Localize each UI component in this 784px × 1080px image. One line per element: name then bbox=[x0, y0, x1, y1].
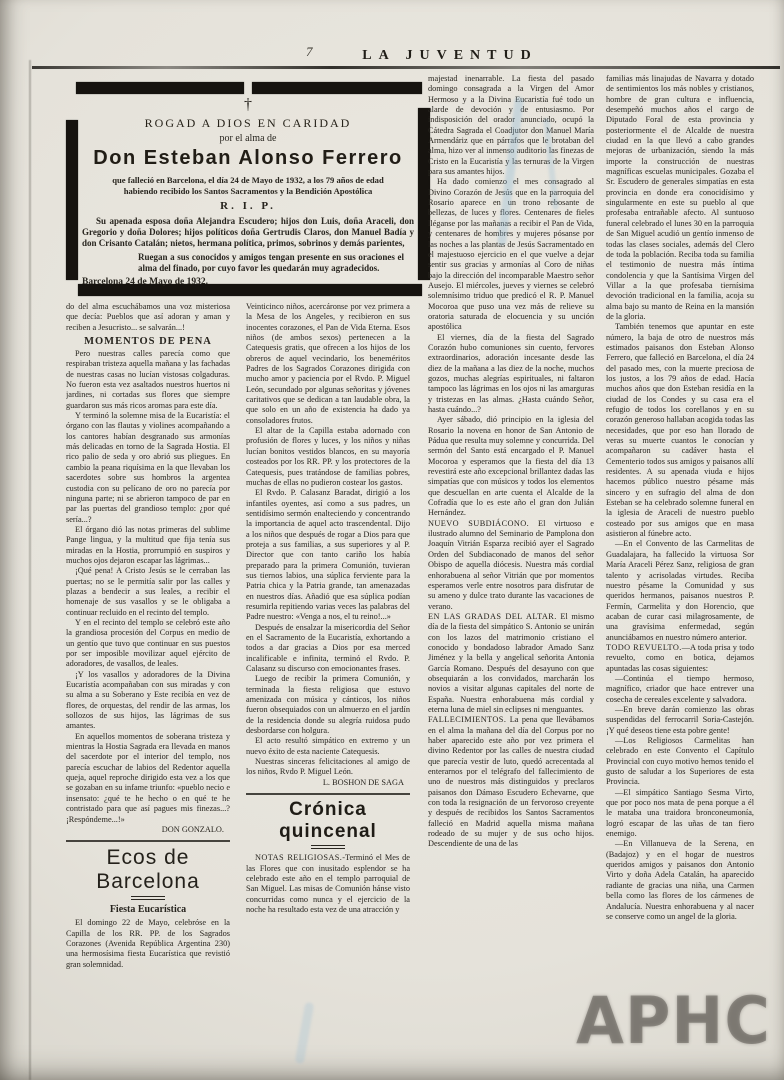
masthead-title: LA JUVENTUD bbox=[0, 48, 784, 64]
section-divider bbox=[246, 793, 410, 795]
paragraph: NOTAS RELIGIOSAS.-Terminó el Mes de las … bbox=[246, 853, 410, 915]
obituary-dateline: Barcelona 24 de Mayo de 1932. bbox=[82, 277, 414, 287]
runin-heading-notas: NOTAS RELIGIOSAS. bbox=[255, 853, 342, 862]
news-item: —El simpático Santiago Sesma Virto, que … bbox=[606, 788, 754, 840]
news-item: —Continúa el tiempo hermoso, magnífico, … bbox=[606, 674, 754, 705]
runin-heading-gradas: EN LAS GRADAS DEL ALTAR. bbox=[428, 612, 557, 621]
paragraph: TODO REVUELTO.—A toda prisa y todo revue… bbox=[606, 643, 754, 674]
death-details: que falleció en Barcelona, el día 24 de … bbox=[82, 175, 414, 185]
paragraph: El viernes, día de la fiesta del Sagrado… bbox=[428, 333, 594, 416]
runin-heading-subdiacono: NUEVO SUBDIÁCONO. bbox=[428, 519, 529, 528]
paragraph: —En el Convento de las Carmelitas de Gua… bbox=[606, 539, 754, 642]
sacraments-note: habiendo recibido los Santos Sacramentos… bbox=[82, 186, 414, 196]
obituary-notice: † ROGAD A DIOS EN CARIDAD por el alma de… bbox=[66, 82, 430, 296]
newspaper-page: 7 LA JUVENTUD † ROGAD A DIOS EN CARIDAD … bbox=[0, 0, 784, 1080]
paragraph: El altar de la Capilla estaba adornado c… bbox=[246, 426, 410, 488]
paragraph: Y terminó la solemne misa de la Eucarist… bbox=[66, 411, 230, 525]
runin-text: La pena que llevábamos en el alma la mañ… bbox=[428, 715, 594, 848]
column-1: do del alma escuchábamos una voz misteri… bbox=[66, 302, 230, 1078]
masthead-rule bbox=[32, 66, 780, 69]
section-divider bbox=[66, 840, 230, 842]
paragraph: Luego de recibir la primera Comunión, y … bbox=[246, 674, 410, 736]
paragraph: ¡Y los vasallos y adoradores de la Divin… bbox=[66, 670, 230, 732]
deceased-name: Don Esteban Alonso Ferrero bbox=[82, 147, 414, 170]
mourning-border-top-left bbox=[76, 82, 244, 94]
runin-heading-revuelto: TODO REVUELTO. bbox=[606, 643, 682, 652]
column-2: Veinticinco niños, acercáronse por vez p… bbox=[246, 302, 410, 1078]
heading-rule bbox=[131, 896, 165, 900]
paragraph: El acto resultó simpático en extremo y u… bbox=[246, 736, 410, 757]
mourning-border-top-right bbox=[252, 82, 422, 94]
section-heading-momentos: MOMENTOS DE PENA bbox=[66, 336, 230, 347]
paragraph: También tenemos que apuntar en este núme… bbox=[606, 322, 754, 539]
paragraph: El órgano dió las notas primeras del sub… bbox=[66, 525, 230, 566]
paragraph: El Rvdo. P. Calasanz Baradat, dirigió a … bbox=[246, 488, 410, 622]
column-4: familias más linajudas de Navarra y dota… bbox=[606, 74, 754, 1078]
column-3: majestad inenarrable. La fiesta del pasa… bbox=[428, 74, 594, 1078]
runin-text: El virtuoso e ilustrado alumno del Semin… bbox=[428, 519, 594, 611]
runin-text: El mismo día de la fiesta del simpático … bbox=[428, 612, 594, 714]
paragraph: El domingo 22 de Mayo, celebróse en la C… bbox=[66, 918, 230, 970]
paragraph: EN LAS GRADAS DEL ALTAR. El mismo día de… bbox=[428, 612, 594, 715]
heading-rule bbox=[311, 845, 345, 849]
paragraph: NUEVO SUBDIÁCONO. El virtuoso e ilustrad… bbox=[428, 519, 594, 612]
archive-stamp-watermark: APHC bbox=[576, 982, 771, 1059]
mourning-border-left bbox=[66, 120, 78, 280]
paragraph: Ayer sábado, dió principio en la iglesia… bbox=[428, 415, 594, 518]
paragraph: Veinticinco niños, acercáronse por vez p… bbox=[246, 302, 410, 426]
obituary-for-soul-of: por el alma de bbox=[82, 133, 414, 144]
subheading-fiesta: Fiesta Eucarística bbox=[66, 904, 230, 915]
author-signature: DON GONZALO. bbox=[66, 825, 230, 835]
paragraph: ¡Qué pena! A Cristo Jesús se le cerraban… bbox=[66, 566, 230, 618]
news-item: —En breve darán comienzo las obras suspe… bbox=[606, 705, 754, 736]
paragraph: do del alma escuchábamos una voz misteri… bbox=[66, 302, 230, 333]
news-item: —En Villanueva de la Serena, en (Badajoz… bbox=[606, 839, 754, 922]
obituary-invocation: ROGAD A DIOS EN CARIDAD bbox=[82, 116, 414, 131]
runin-heading-fallecimientos: FALLECIMIENTOS. bbox=[428, 715, 506, 724]
scan-fold-line bbox=[29, 60, 31, 1080]
author-signature: L. BOSHON DE SAGA bbox=[246, 778, 410, 788]
family-list: Su apenada esposa doña Alejandra Escuder… bbox=[82, 216, 414, 250]
paragraph: FALLECIMIENTOS. La pena que llevábamos e… bbox=[428, 715, 594, 849]
section-heading-cronica: Crónica quincenal bbox=[246, 799, 410, 843]
paragraph: Y en el recinto del templo se celebró es… bbox=[66, 618, 230, 670]
prayer-request: Ruegan a sus conocidos y amigos tengan p… bbox=[138, 252, 404, 274]
obituary-content: † ROGAD A DIOS EN CARIDAD por el alma de… bbox=[82, 95, 414, 287]
paragraph: Nuestras sinceras felicitaciones al amig… bbox=[246, 757, 410, 778]
section-heading-ecos: Ecos de Barcelona bbox=[66, 846, 230, 894]
paragraph: familias más linajudas de Navarra y dota… bbox=[606, 74, 754, 322]
paragraph: Pero nuestras calles parecía como que re… bbox=[66, 349, 230, 411]
rip-label: R. I. P. bbox=[82, 200, 414, 212]
paragraph: Después de ensalzar la misericordia del … bbox=[246, 623, 410, 675]
news-item: —Los Religiosos Carmelitas han celebrado… bbox=[606, 736, 754, 788]
cross-icon: † bbox=[82, 97, 414, 113]
runin-text: -Terminó el Mes de las Flores que con in… bbox=[246, 853, 410, 914]
paragraph: En aquellos momentos de soberana tristez… bbox=[66, 732, 230, 825]
